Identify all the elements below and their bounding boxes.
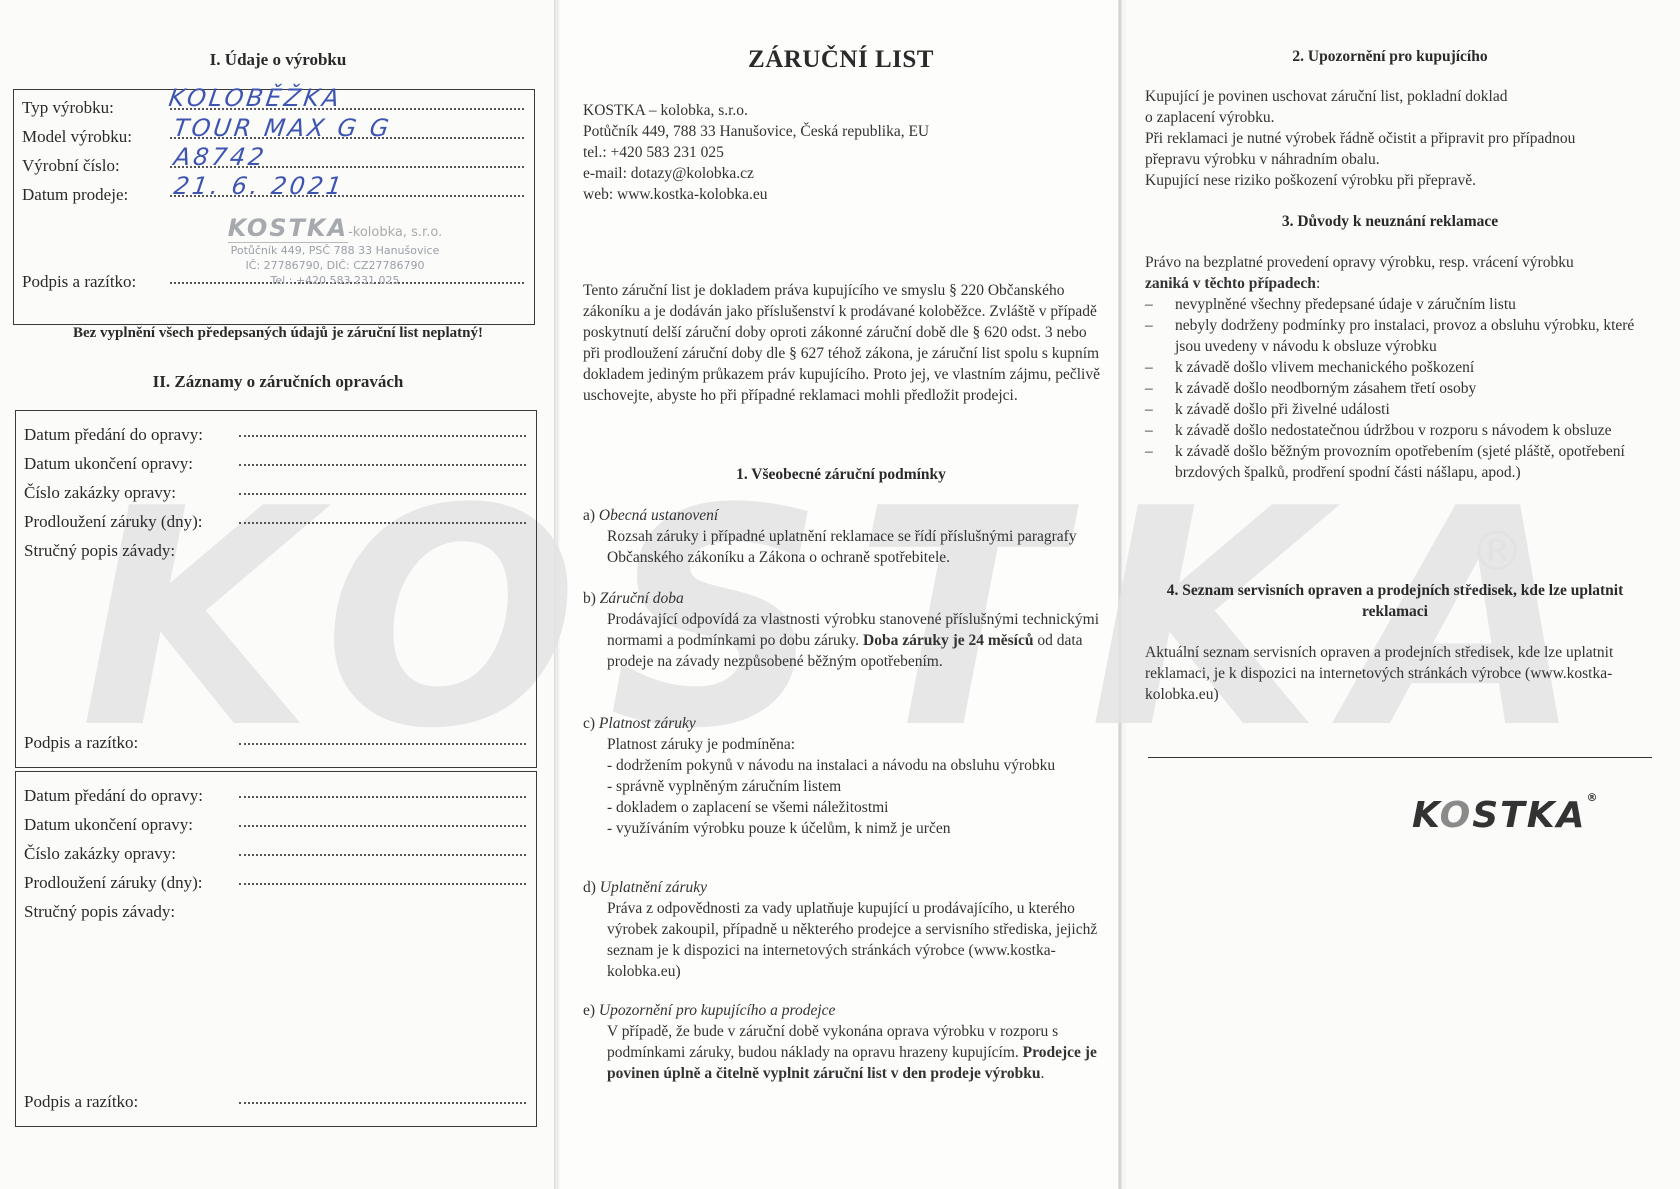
divider — [1148, 757, 1652, 758]
field-repair-signature[interactable]: Podpis a razítko: — [24, 1092, 526, 1112]
field-completion-date[interactable]: Datum ukončení opravy: — [24, 815, 526, 835]
field-repair-signature[interactable]: Podpis a razítko: — [24, 733, 526, 753]
service-list-text: Aktuální seznam servisních opraven a pro… — [1145, 642, 1660, 705]
clause-e: e) Upozornění pro kupujícího a prodejce … — [583, 1000, 1103, 1084]
field-handover-date[interactable]: Datum předání do opravy: — [24, 425, 526, 445]
section-title-repairs: II. Záznamy o záručních opravách — [0, 372, 556, 392]
clause-c: c) Platnost záruky Platnost záruky je po… — [583, 713, 1103, 839]
company-address: KOSTKA – kolobka, s.r.o. Potůčník 449, 7… — [583, 100, 929, 205]
invalid-warning: Bez vyplnění všech předepsaných údajů je… — [0, 325, 556, 342]
field-warranty-extension[interactable]: Prodloužení záruky (dny): — [24, 873, 526, 893]
clause-d: d) Uplatnění záruky Práva z odpovědnosti… — [583, 877, 1103, 982]
field-fault-description[interactable]: Stručný popis závady: — [24, 902, 526, 922]
section-title-general-conditions: 1. Všeobecné záruční podmínky — [560, 466, 1122, 484]
handwritten-sale-date: 21. 6. 2021 — [172, 172, 346, 200]
repair-record-box-2: Datum předání do opravy: Datum ukončení … — [15, 771, 537, 1127]
handwritten-serial-number: A8742 — [172, 143, 268, 171]
field-fault-description[interactable]: Stručný popis závady: — [24, 541, 526, 561]
handwritten-product-type: KOLOBĚŽKA — [167, 84, 344, 112]
clause-a: a) Obecná ustanovení Rozsah záruky i pří… — [583, 505, 1103, 568]
registered-mark-watermark: ® — [1470, 520, 1524, 583]
document-title: ZÁRUČNÍ LIST — [560, 46, 1122, 74]
section-title-buyer-notice: 2. Upozornění pro kupujícího — [1130, 46, 1650, 67]
intro-paragraph: Tento záruční list je dokladem práva kup… — [583, 280, 1103, 406]
field-order-number[interactable]: Číslo zakázky opravy: — [24, 483, 526, 503]
company-stamp: KOSTKA-kolobka, s.r.o. Potůčník 449, PSČ… — [190, 214, 480, 288]
clause-b: b) Záruční doba Prodávající odpovídá za … — [583, 588, 1103, 672]
section-title-service-list: 4. Seznam servisních opraven a prodejníc… — [1160, 580, 1630, 622]
buyer-notice-text: Kupující je povinen uschovat záruční lis… — [1145, 86, 1660, 191]
kostka-logo: KOSTKA® — [1412, 795, 1599, 836]
field-completion-date[interactable]: Datum ukončení opravy: — [24, 454, 526, 474]
handwritten-product-model: TOUR MAX G G — [172, 114, 393, 142]
product-info-box: Typ výrobku: Model výrobku: Výrobní čísl… — [13, 89, 535, 325]
field-handover-date[interactable]: Datum předání do opravy: — [24, 786, 526, 806]
field-order-number[interactable]: Číslo zakázky opravy: — [24, 844, 526, 864]
section-title-rejection-reasons: 3. Důvody k neuznání reklamace — [1130, 211, 1650, 232]
field-warranty-extension[interactable]: Prodloužení záruky (dny): — [24, 512, 526, 532]
section-title-product-info: I. Údaje o výrobku — [0, 50, 556, 70]
rejection-reasons-list: Právo na bezplatné provedení opravy výro… — [1145, 252, 1660, 483]
repair-record-box-1: Datum předání do opravy: Datum ukončení … — [15, 410, 537, 768]
